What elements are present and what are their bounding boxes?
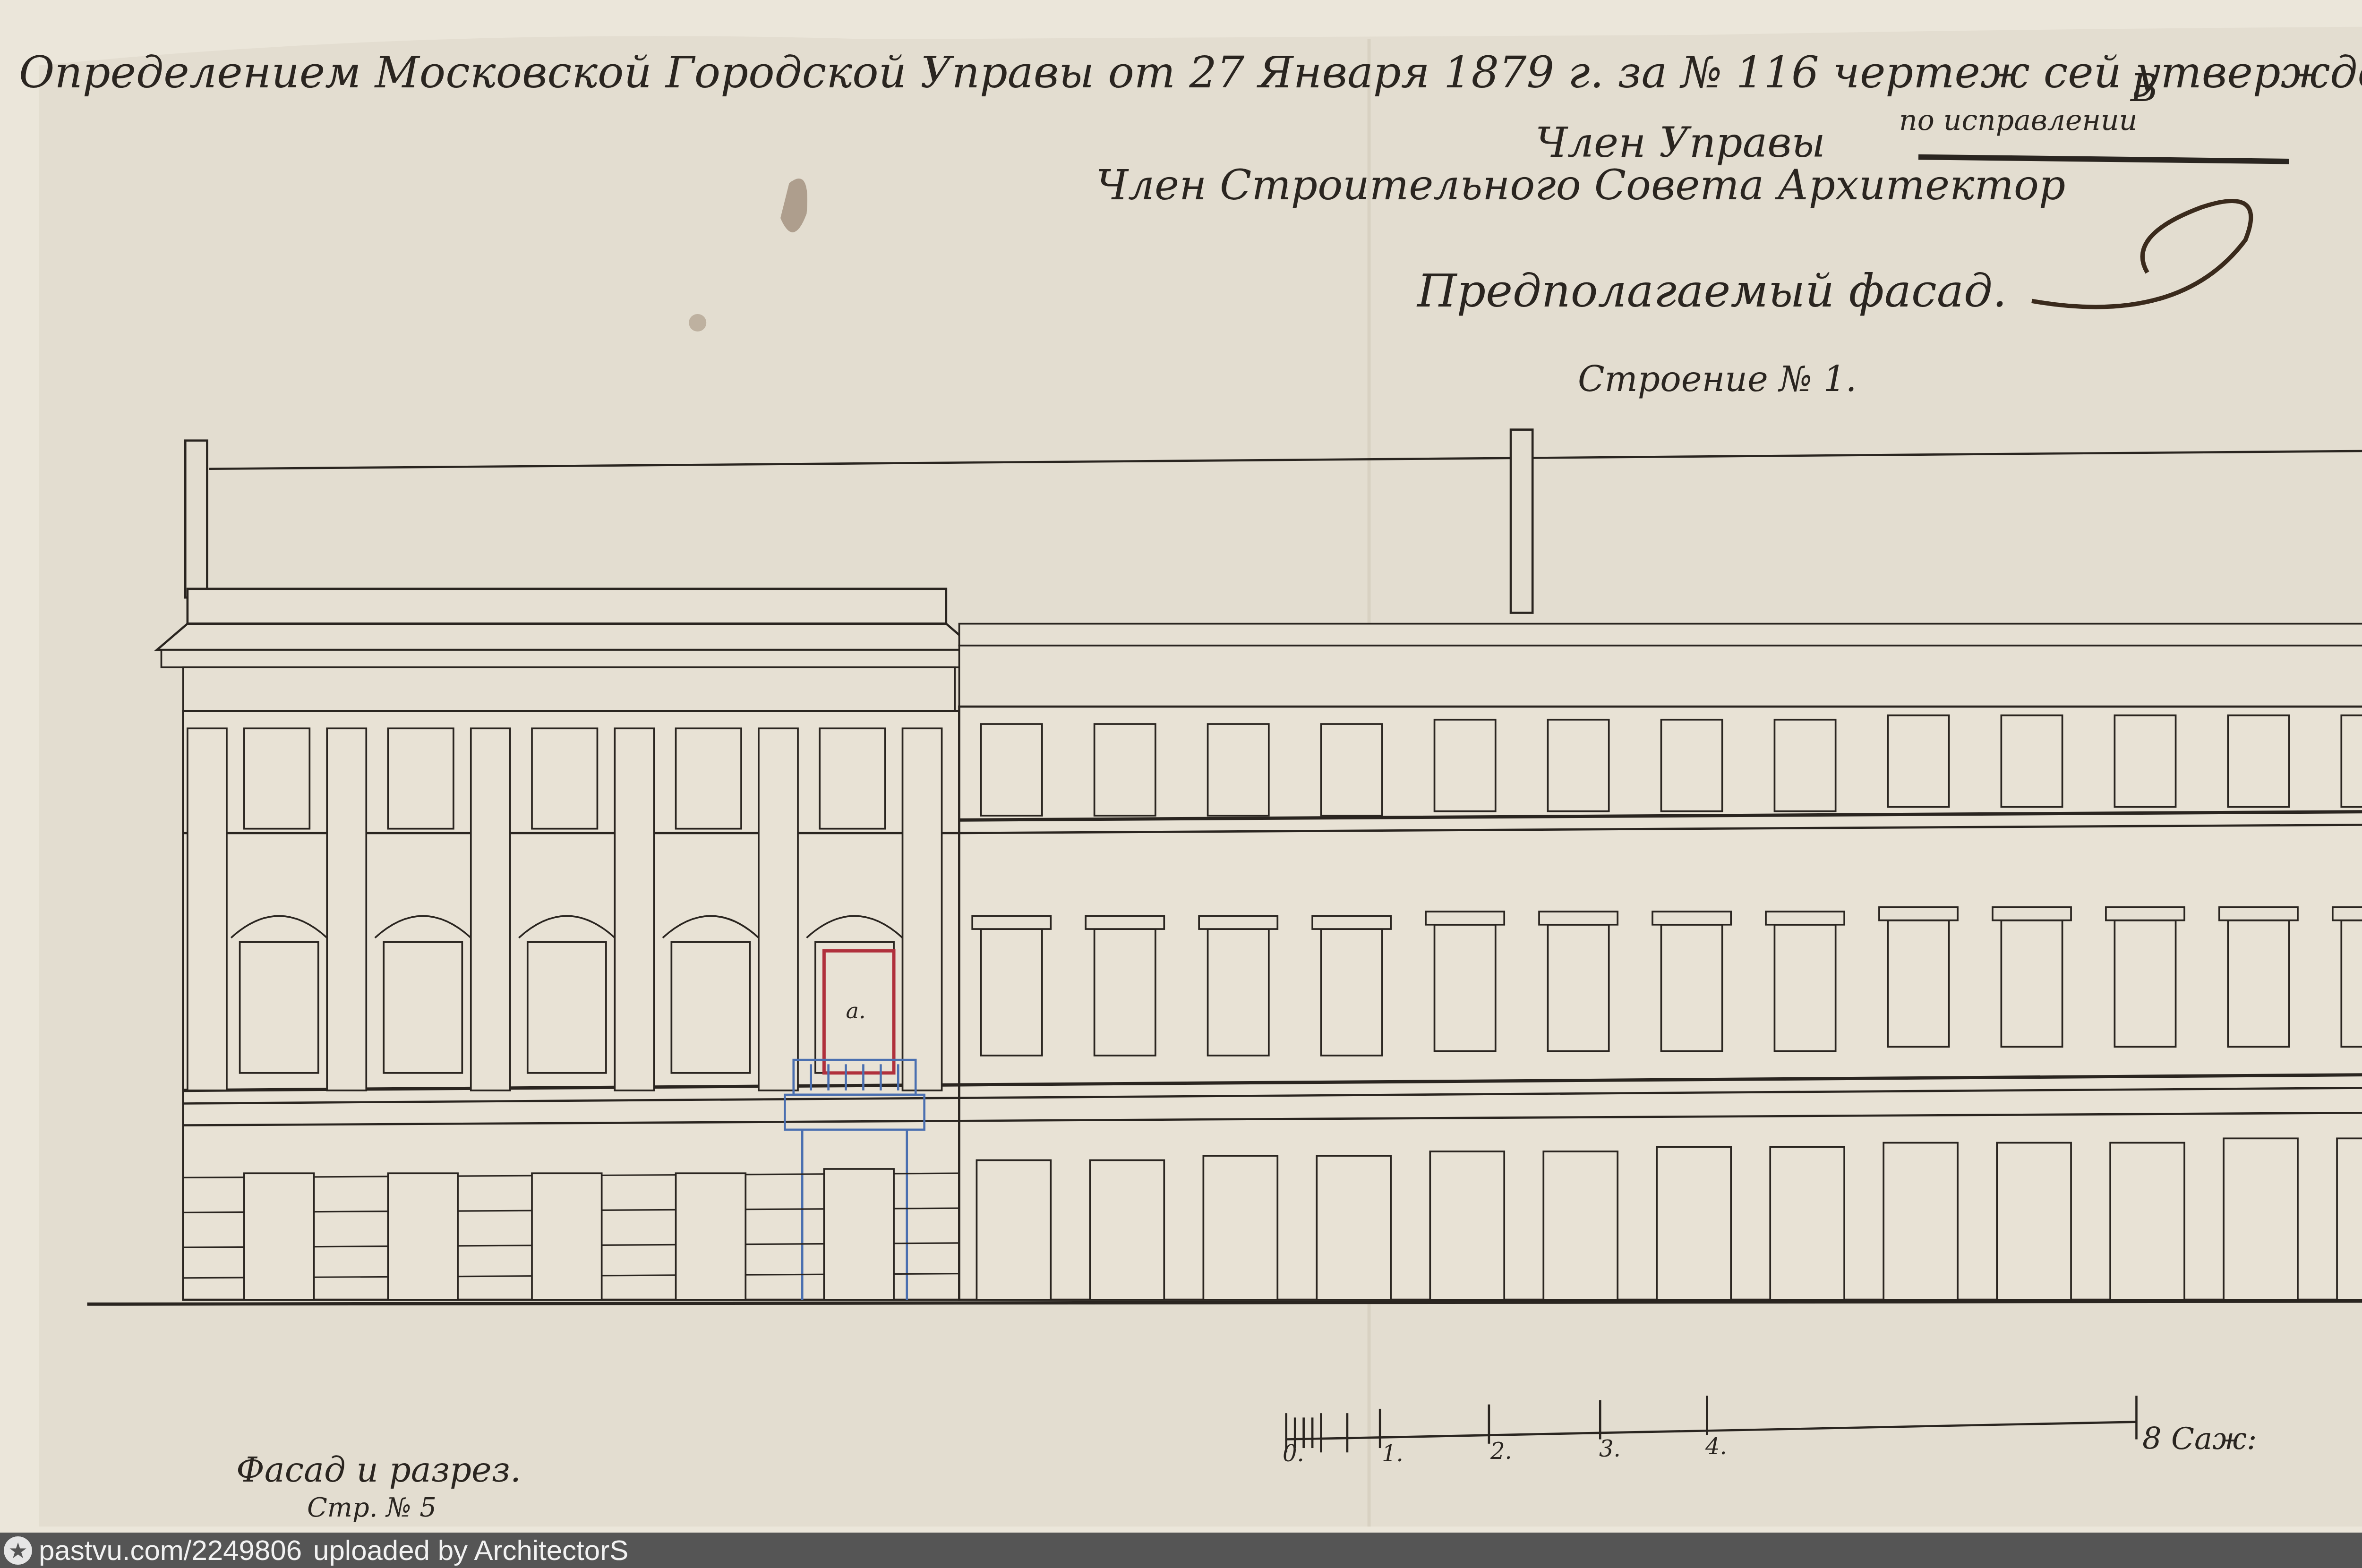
approval-note: по исправлении bbox=[1899, 104, 2137, 137]
drawing-subtitle: Строение № 1. bbox=[1578, 359, 1857, 400]
balcony-label: а. bbox=[846, 998, 866, 1023]
scale-tick-4: 4. bbox=[1705, 1433, 1727, 1460]
pastvu-star-icon: ★ bbox=[4, 1536, 32, 1565]
scale-end-label: 8 Саж: bbox=[2142, 1422, 2257, 1457]
signature-member: Член Управы bbox=[1535, 118, 1825, 167]
scale-tick-1: 1. bbox=[1382, 1440, 1404, 1467]
footer-site-link[interactable]: pastvu.com/2249806 bbox=[39, 1534, 302, 1567]
scale-tick-2: 2. bbox=[1490, 1438, 1512, 1465]
bottom-left-sublabel: Стр. № 5 bbox=[307, 1492, 436, 1523]
facade-drawing: а. bbox=[0, 0, 2362, 1568]
footer-uploader: uploaded by ArchitectorS bbox=[313, 1534, 628, 1567]
drawing-sheet: а. bbox=[0, 0, 2362, 1568]
signature-architect: Член Строительного Совета Архитектор bbox=[1096, 161, 2065, 209]
scale-tick-3: 3. bbox=[1599, 1436, 1621, 1462]
corner-mark: В bbox=[2131, 66, 2158, 110]
approval-line: Определением Московской Городской Управы… bbox=[19, 47, 2362, 98]
scale-tick-0: 0. bbox=[1283, 1440, 1304, 1467]
bottom-left-label: Фасад и разрез. bbox=[236, 1450, 521, 1490]
drawing-title: Предполагаемый фасад. bbox=[1417, 264, 2007, 317]
watermark-footer: ★ pastvu.com/2249806 uploaded by Archite… bbox=[0, 1533, 2362, 1568]
